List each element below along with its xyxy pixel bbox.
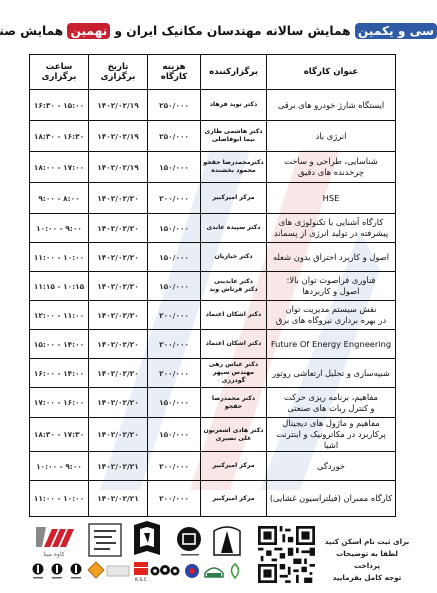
table-row: مفاهیم، برنامه ریزی حرکت و کنترل ربات ها…: [30, 388, 396, 418]
cost-cell: ۱۵۰/۰۰۰: [148, 418, 201, 452]
organizer-cell: دکتر هادی اشعریون علی نصیری: [201, 418, 267, 452]
date-cell: ۱۴۰۲/۰۲/۲۰: [89, 183, 148, 214]
shield-book-logo: [132, 521, 162, 557]
date-cell: ۱۴۰۲/۰۲/۱۹: [89, 90, 148, 121]
time-cell: ۱۴:۰۰ - ۱۵:۰۰: [30, 330, 89, 359]
header-date: تاریخ برگزاری: [89, 55, 148, 90]
table-row: Future Of Energy Engneeringدکتر اشکان اع…: [30, 330, 396, 359]
table-row: شبیه‌سازی و تحلیل ارتعاشی روتوردکتر عباس…: [30, 359, 396, 388]
date-cell: ۱۴۰۲/۰۲/۲۰: [89, 214, 148, 243]
organizer-cell: دکتر اشکان اعتماد: [201, 330, 267, 359]
date-cell: ۱۴۰۲/۰۲/۱۹: [89, 152, 148, 183]
workshop-title-cell: ایستگاه شارژ خودرو های برقی: [267, 90, 396, 121]
cost-cell: ۲۵۰/۰۰۰: [148, 121, 201, 152]
cost-cell: ۱۵۰/۰۰۰: [148, 388, 201, 418]
kaveh-mina-logo: کاوه مینا: [32, 523, 76, 559]
date-cell: ۱۴۰۲/۰۲/۲۰: [89, 388, 148, 418]
table-row: کارگاه ممبران (فیلتراسیون غشایی)مرکز امی…: [30, 481, 396, 517]
date-cell: ۱۴۰۲/۰۲/۲۰: [89, 418, 148, 452]
workshop-title-cell: فناوری فراصوت توان بالا: اصول و کاربردها: [267, 272, 396, 301]
workshop-title-cell: اصول و کاربرد احتراق بدون شعله: [267, 243, 396, 272]
organizer-cell: دکتر سپیده عابدی: [201, 214, 267, 243]
time-cell: ۸:۰۰ - ۹:۰۰: [30, 183, 89, 214]
title-text-1: همایش سالانه مهندسان مکانیک ایران و: [110, 24, 355, 38]
workshop-title-cell: انرژی باد: [267, 121, 396, 152]
header-time: ساعت برگزاری: [30, 55, 89, 90]
table-row: ایستگاه شارژ خودرو های برقیدکتر نوید فره…: [30, 90, 396, 121]
time-cell: ۱۶:۰۰ - ۱۷:۰۰: [30, 388, 89, 418]
emblem-logo-1: [69, 562, 83, 582]
time-cell: ۱۷:۳۰ - ۱۸:۳۰: [30, 418, 89, 452]
date-cell: ۱۴۰۲/۰۲/۲۱: [89, 481, 148, 517]
workshop-title-cell: شناسایی، طراحی و ساخت چرخدنده های دقیق: [267, 152, 396, 183]
emblem-logo-2: [50, 562, 64, 582]
cost-cell: ۱۵۰/۰۰۰: [148, 152, 201, 183]
date-cell: ۱۴۰۲/۰۲/۲۰: [89, 301, 148, 330]
date-cell: ۱۴۰۲/۰۲/۲۰: [89, 359, 148, 388]
workshop-title-cell: HSE: [267, 183, 396, 214]
date-cell: ۱۴۰۲/۰۲/۱۹: [89, 121, 148, 152]
kaveh-mina-label: کاوه مینا: [43, 551, 64, 558]
date-cell: ۱۴۰۲/۰۲/۲۱: [89, 452, 148, 481]
time-cell: ۱۴:۰۰ - ۱۶:۰۰: [30, 359, 89, 388]
organizer-cell: دکتر محمدرضا حقجو: [201, 388, 267, 418]
red-blue-circle-logo: [183, 562, 201, 582]
time-cell: ۱۰:۰۰ - ۱۱:۰۰: [30, 243, 89, 272]
time-cell: ۱۶:۳۰ - ۱۸:۳۰: [30, 121, 89, 152]
organizer-cell: مرکز امیرکبیر: [201, 452, 267, 481]
table-row: انرژی باددکتر هاشمی طاری نیما ابوفاضلی۲۵…: [30, 121, 396, 152]
qr-code-icon[interactable]: [258, 526, 315, 583]
green-leaf-logo: [228, 562, 242, 582]
table-row: HSEمرکز امیرکبیر۲۰۰/۰۰۰۱۴۰۲/۰۲/۲۰۸:۰۰ - …: [30, 183, 396, 214]
table-row: اصول و کاربرد احتراق بدون شعلهدکتر خبازی…: [30, 243, 396, 272]
organizer-cell: مرکز امیرکبیر: [201, 183, 267, 214]
time-cell: ۱۵:۰۰ - ۱۶:۳۰: [30, 90, 89, 121]
header-organizer: برگزارکننده: [201, 55, 267, 90]
time-cell: ۱۱:۰۰ - ۱۲:۰۰: [30, 301, 89, 330]
cost-cell: ۲۵۰/۰۰۰: [148, 90, 201, 121]
ksc-label: K.S.C: [135, 577, 147, 583]
cost-cell: ۲۰۰/۰۰۰: [148, 301, 201, 330]
workshops-table: عنوان کارگاه برگزارکننده هزینه کارگاه تا…: [29, 54, 396, 517]
table-row: شناسایی، طراحی و ساخت چرخدنده های دقیقدک…: [30, 152, 396, 183]
time-cell: ۱۰:۰۰ - ۱۱:۰۰: [30, 481, 89, 517]
header-cost: هزینه کارگاه: [148, 55, 201, 90]
cost-cell: ۲۰۰/۰۰۰: [148, 183, 201, 214]
time-cell: ۹:۰۰ - ۱۰:۰۰: [30, 214, 89, 243]
table-row: نقش سیستم مدیریت توان در بهره برداری نیر…: [30, 301, 396, 330]
registration-instructions: برای ثبت نام اسکن کنید لطفا به توضیحات پ…: [322, 536, 412, 584]
title-text-2: همایش صنعت نیروگاهی: [0, 24, 67, 38]
workshop-title-cell: شبیه‌سازی و تحلیل ارتعاشی روتور: [267, 359, 396, 388]
date-cell: ۱۴۰۲/۰۲/۲۰: [89, 330, 148, 359]
university-calligraphy-logo: [88, 523, 122, 557]
cost-cell: ۲۰۰/۰۰۰: [148, 452, 201, 481]
table-row: خوردگیمرکز امیرکبیر۲۰۰/۰۰۰۱۴۰۲/۰۲/۲۱۹:۰۰…: [30, 452, 396, 481]
cost-cell: ۲۰۰/۰۰۰: [148, 359, 201, 388]
organizer-cell: دکتر خبازیان: [201, 243, 267, 272]
cost-cell: ۱۵۰/۰۰۰: [148, 272, 201, 301]
cost-cell: ۱۵۰/۰۰۰: [148, 214, 201, 243]
time-cell: ۱۰:۱۵ - ۱۱:۱۵: [30, 272, 89, 301]
emblem-logo-3: [31, 562, 45, 582]
organizer-cell: دکتر هاشمی طاری نیما ابوفاضلی: [201, 121, 267, 152]
registration-line-3: توجه کامل بفرمایید: [322, 572, 412, 584]
table-body: ایستگاه شارژ خودرو های برقیدکتر نوید فره…: [30, 90, 396, 517]
organizer-cell: دکتر نوید فرهاد: [201, 90, 267, 121]
table-header-row: عنوان کارگاه برگزارکننده هزینه کارگاه تا…: [30, 55, 396, 90]
KSC-logo: K.S.C: [133, 561, 149, 583]
organizer-cell: دکتر عباس رهی مهندس سپهر گودرزی: [201, 359, 267, 388]
workshop-title-cell: مفاهیم و ماژول های دیجیتال پرکاربرد در م…: [267, 418, 396, 452]
workshop-title-cell: Future Of Energy Engneering: [267, 330, 396, 359]
table-row: مفاهیم و ماژول های دیجیتال پرکاربرد در م…: [30, 418, 396, 452]
cost-cell: ۲۰۰/۰۰۰: [148, 481, 201, 517]
title-highlight-edition: سی و یکمین: [355, 23, 437, 39]
date-cell: ۱۴۰۲/۰۲/۲۰: [89, 272, 148, 301]
green-wave-logo: [203, 563, 225, 581]
date-cell: ۱۴۰۲/۰۲/۲۰: [89, 243, 148, 272]
registration-line-1: برای ثبت نام اسکن کنید: [322, 536, 412, 548]
table-row: کارگاه آشنایی با تکنولوژی های پیشرفته در…: [30, 214, 396, 243]
workshop-title-cell: نقش سیستم مدیریت توان در بهره برداری نیر…: [267, 301, 396, 330]
table-row: فناوری فراصوت توان بالا: اصول و کاربردها…: [30, 272, 396, 301]
iran-university-emblem-logo: [212, 525, 242, 557]
header-title: عنوان کارگاه: [267, 55, 396, 90]
workshop-title-cell: کارگاه آشنایی با تکنولوژی های پیشرفته در…: [267, 214, 396, 243]
workshop-title-cell: مفاهیم، برنامه ریزی حرکت و کنترل ربات ها…: [267, 388, 396, 418]
registration-line-2: لطفا به توضیحات پرداخت: [322, 548, 412, 572]
time-cell: ۱۷:۰۰ - ۱۸:۰۰: [30, 152, 89, 183]
sponsor-circle-logo: [172, 526, 206, 558]
faded-logo: [106, 564, 130, 578]
orange-diamond-logo: [87, 561, 105, 581]
cost-cell: ۱۵۰/۰۰۰: [148, 243, 201, 272]
organizer-cell: دکترمحمدرضا حقجو محمود بخشنده: [201, 152, 267, 183]
time-cell: ۹:۰۰ - ۱۰:۰۰: [30, 452, 89, 481]
organizer-cell: دکتر اشکان اعتماد: [201, 301, 267, 330]
black-circles-logo: [150, 563, 180, 579]
organizer-cell: مرکز امیرکبیر: [201, 481, 267, 517]
cost-cell: ۲۰۰/۰۰۰: [148, 330, 201, 359]
page-title: سی و یکمین همایش سالانه مهندسان مکانیک ا…: [0, 24, 437, 38]
organizer-cell: دکتر عابدینی دکتر قرتاش وند: [201, 272, 267, 301]
workshop-title-cell: کارگاه ممبران (فیلتراسیون غشایی): [267, 481, 396, 517]
workshop-title-cell: خوردگی: [267, 452, 396, 481]
title-highlight-ninth: نهمین: [67, 23, 110, 39]
